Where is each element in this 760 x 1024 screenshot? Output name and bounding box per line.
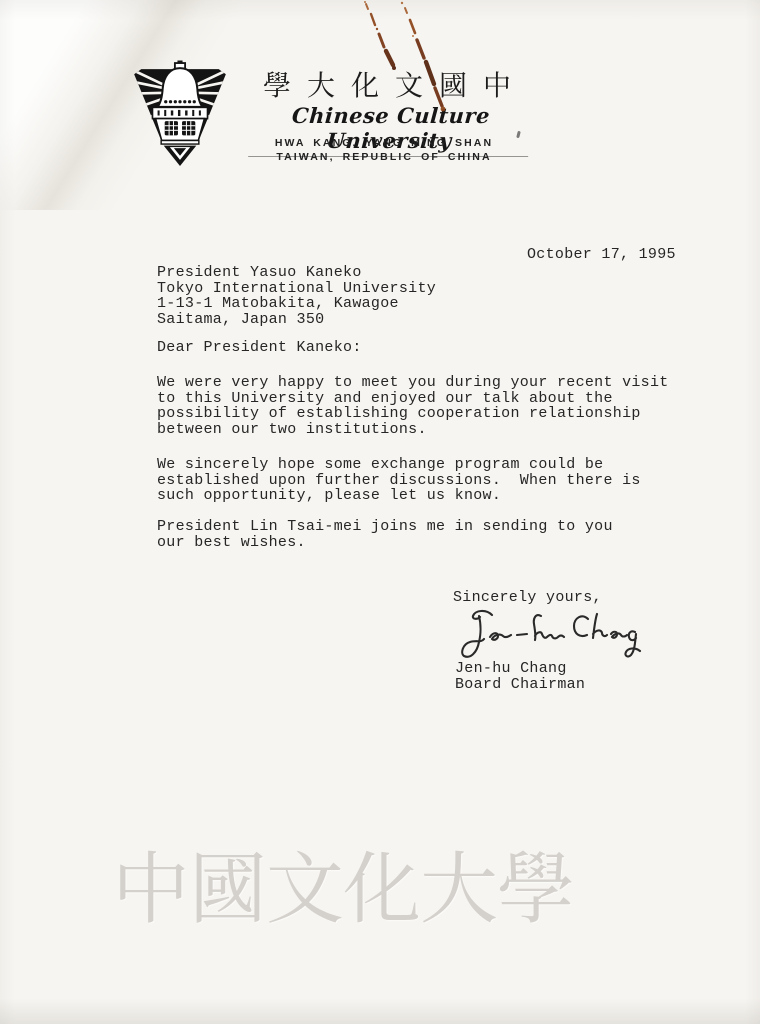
letterhead-address-line2: TAIWAN, REPUBLIC OF CHINA: [276, 151, 491, 163]
closing-phrase: Sincerely yours,: [453, 590, 602, 606]
university-crest-icon: [131, 60, 229, 168]
letterhead-address-line1: HWA KANG, YANG MING SHAN: [275, 137, 493, 149]
rust-stain-mark: [352, 0, 452, 115]
body-paragraph-1: We were very happy to meet you during yo…: [157, 375, 669, 438]
signed-name: Jen-hu Chang: [455, 661, 567, 677]
letter-date: October 17, 1995: [527, 247, 676, 263]
letterhead-address: HWA KANG, YANG MING SHAN TAIWAN, REPUBLI…: [234, 136, 534, 164]
signed-title: Board Chairman: [455, 677, 585, 693]
body-paragraph-3: President Lin Tsai-mei joins me in sendi…: [157, 519, 613, 550]
body-paragraph-2: We sincerely hope some exchange program …: [157, 457, 641, 504]
handwritten-signature: [448, 606, 653, 664]
recipient-address-block: President Yasuo Kaneko Tokyo Internation…: [157, 265, 436, 328]
salutation: Dear President Kaneko:: [157, 340, 362, 356]
watermark-chinese-name: 中國文化大學: [112, 846, 574, 936]
scanned-letter-page: 學大化文國中 Chinese Culture University HWA KA…: [0, 0, 760, 1024]
